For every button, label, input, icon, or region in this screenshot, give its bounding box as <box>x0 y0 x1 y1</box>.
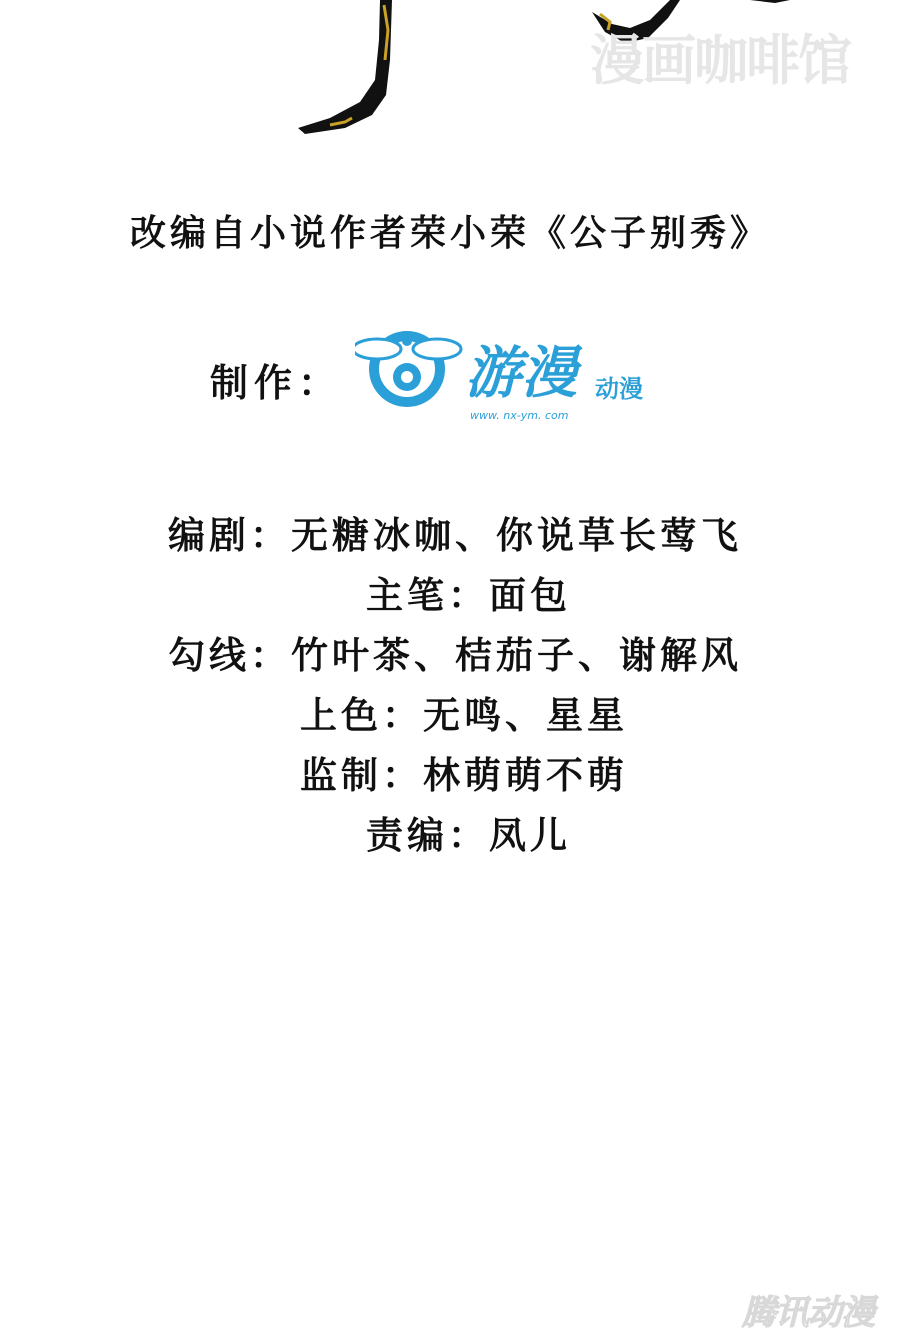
watermark-bottom: 腾讯动漫 <box>742 1285 874 1334</box>
adaptation-note: 改编自小说作者荣小荣《公子别秀》 <box>0 205 900 256</box>
watermark-top: 漫画咖啡馆 <box>590 18 850 95</box>
credit-lead-artist: 主笔：面包 <box>366 565 571 619</box>
credit-coloring: 上色：无鸣、星星 <box>300 685 628 739</box>
credit-names: 无糖冰咖、你说草长莺飞 <box>291 514 742 557</box>
logo-text: 游漫 <box>465 329 577 409</box>
credit-role: 责编： <box>366 814 489 857</box>
studio-logo: 游漫 动漫 www. nx-ym. com <box>355 327 660 427</box>
credit-names: 竹叶茶、桔茄子、谢解风 <box>291 634 742 677</box>
logo-subtext: 动漫 <box>595 369 643 404</box>
credit-names: 无鸣、星星 <box>423 694 628 737</box>
credit-screenwriter: 编剧：无糖冰咖、你说草长莺飞 <box>168 505 742 559</box>
credit-names: 凤儿 <box>489 814 571 857</box>
credit-role: 上色： <box>300 694 423 737</box>
credit-role: 编剧： <box>168 514 291 557</box>
credit-role: 勾线： <box>168 634 291 677</box>
credit-role: 监制： <box>300 754 423 797</box>
producer-label: 制作： <box>210 352 342 407</box>
credit-role: 主笔： <box>366 574 489 617</box>
credit-names: 林萌萌不萌 <box>423 754 628 797</box>
credit-lineart: 勾线：竹叶茶、桔茄子、谢解风 <box>168 625 742 679</box>
credit-supervisor: 监制：林萌萌不萌 <box>300 745 628 799</box>
credit-names: 面包 <box>489 574 571 617</box>
credit-editor: 责编：凤儿 <box>366 805 571 859</box>
logo-url: www. nx-ym. com <box>470 409 568 422</box>
